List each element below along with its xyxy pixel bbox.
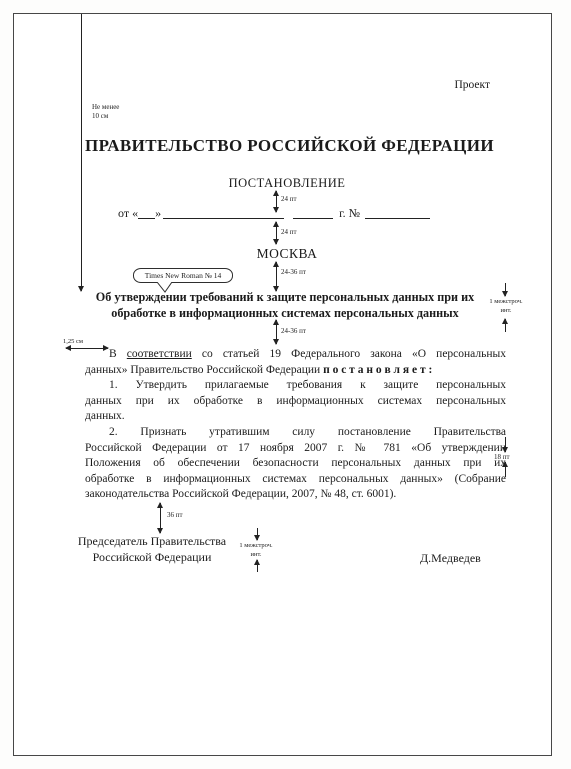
line-spacing-arrow-icon — [505, 283, 506, 296]
paragraph-1-line: В соответствии со статьей 19 Федеральног… — [85, 347, 506, 363]
signature-position-line2: Российской Федерации — [62, 549, 242, 565]
paragraph-3-line: Российской Федерации от 17 ноября 2007 г… — [85, 441, 506, 457]
signature-gap-arrow-icon — [160, 503, 161, 533]
p1-underlined-word: соответствии — [127, 348, 192, 360]
paragraph-3-line: законодательства Российской Федерации, 2… — [85, 487, 506, 503]
signature-line-spacing-note: 1 межстроч. инт. — [232, 541, 280, 559]
signature-position: Председатель Правительства Российской Фе… — [62, 533, 242, 565]
issuing-authority: ПРАВИТЕЛЬСТВО РОССИЙСКОЙ ФЕДЕРАЦИИ — [85, 136, 489, 156]
line-spacing-arrow-icon — [257, 528, 258, 540]
number-label: г. № — [339, 206, 360, 220]
date-day-blank — [138, 206, 155, 219]
paragraph-2-line: данных. — [85, 409, 506, 425]
date-quote-close: » — [155, 206, 161, 220]
document-scan: Не менее 10 см Проект ПРАВИТЕЛЬСТВО РОСС… — [0, 0, 571, 769]
p1-l2: данных» Правительство Российской Федерац… — [85, 364, 323, 376]
para-spacing-arrow-icon — [505, 462, 506, 477]
paragraph-2-line: 1. Утвердить прилагаемые требования к за… — [85, 378, 506, 394]
draft-label: Проект — [390, 79, 490, 91]
line-spacing-note-line2: инт. — [481, 306, 531, 315]
paragraph-1-line: данных» Правительство Российской Федерац… — [85, 363, 506, 379]
city-label: МОСКВА — [85, 246, 489, 262]
gap-arrow-icon — [276, 262, 277, 291]
paragraph-3-line: 2. Признать утратившим силу постановлени… — [85, 425, 506, 441]
gap-arrow-icon — [276, 222, 277, 244]
top-margin-arrow-icon — [81, 14, 82, 291]
title-line-spacing-note: 1 межстроч. инт. — [481, 297, 531, 315]
number-blank — [365, 206, 430, 219]
para-spacing-arrow-icon — [505, 437, 506, 452]
signer-name: Д.Медведев — [420, 551, 481, 566]
font-callout-text: Times New Roman № 14 — [145, 271, 221, 280]
line-spacing-arrow-icon — [505, 319, 506, 332]
paragraph-3-line: обработке в информационных системах перс… — [85, 472, 506, 488]
top-margin-note: Не менее 10 см — [92, 103, 119, 121]
document-type: ПОСТАНОВЛЕНИЕ — [85, 176, 489, 191]
gap-label: 24-36 пт — [281, 327, 306, 336]
date-month-blank — [163, 206, 284, 219]
top-margin-note-line2: 10 см — [92, 112, 119, 121]
gap-label: 24 пт — [281, 195, 297, 204]
date-year-blank — [293, 206, 333, 219]
date-prefix: от « — [118, 206, 138, 220]
line-spacing-note-line2: инт. — [232, 550, 280, 559]
signature-position-line1: Председатель Правительства — [62, 533, 242, 549]
p1-pre: В — [109, 348, 127, 360]
paragraph-2-line: данных при их обработке в информационных… — [85, 394, 506, 410]
body-text: В соответствии со статьей 19 Федеральног… — [85, 347, 506, 503]
p1-resolves-word: п о с т а н о в л я е т : — [323, 364, 432, 376]
top-margin-note-line1: Не менее — [92, 103, 119, 112]
gap-label: 24-36 пт — [281, 268, 306, 277]
line-spacing-arrow-icon — [257, 560, 258, 572]
title-line2: обработке в информационных системах перс… — [85, 306, 485, 322]
line-spacing-note-line1: 1 межстроч. — [232, 541, 280, 550]
font-callout: Times New Roman № 14 — [133, 268, 233, 283]
date-number-line: от «»г. № — [118, 206, 430, 221]
signature-gap-label: 36 пт — [167, 511, 183, 520]
paragraph-3-line: Положения об обеспечении безопасности пе… — [85, 456, 506, 472]
line-spacing-note-line1: 1 межстроч. — [481, 297, 531, 306]
document-title: Об утверждении требований к защите персо… — [85, 290, 485, 321]
title-line1: Об утверждении требований к защите персо… — [85, 290, 485, 306]
gap-label: 24 пт — [281, 228, 297, 237]
p1-rest: со статьей 19 Федерального закона «О пер… — [192, 348, 506, 360]
gap-arrow-icon — [276, 320, 277, 344]
